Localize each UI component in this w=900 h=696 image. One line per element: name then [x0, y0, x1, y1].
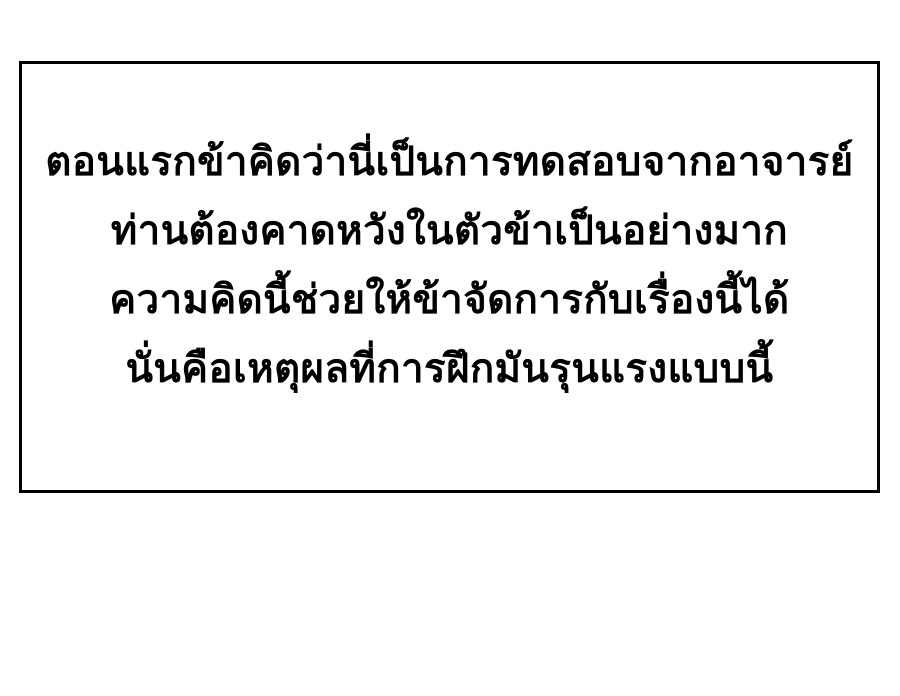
dialogue-line: ความคิดนี้ช่วยให้ข้าจัดการกับเรื่องนี้ได… [22, 266, 877, 335]
comic-page: ตอนแรกข้าคิดว่านี่เป็นการทดสอบจากอาจารย์… [0, 0, 900, 696]
dialogue-line: ตอนแรกข้าคิดว่านี่เป็นการทดสอบจากอาจารย์ [22, 128, 877, 197]
dialogue-line: นั่นคือเหตุผลที่การฝึกมันรุนแรงแบบนี้ [22, 335, 877, 404]
caption-panel: ตอนแรกข้าคิดว่านี่เป็นการทดสอบจากอาจารย์… [19, 61, 880, 493]
caption-text-block: ตอนแรกข้าคิดว่านี่เป็นการทดสอบจากอาจารย์… [22, 128, 877, 404]
dialogue-line: ท่านต้องคาดหวังในตัวข้าเป็นอย่างมาก [22, 197, 877, 266]
